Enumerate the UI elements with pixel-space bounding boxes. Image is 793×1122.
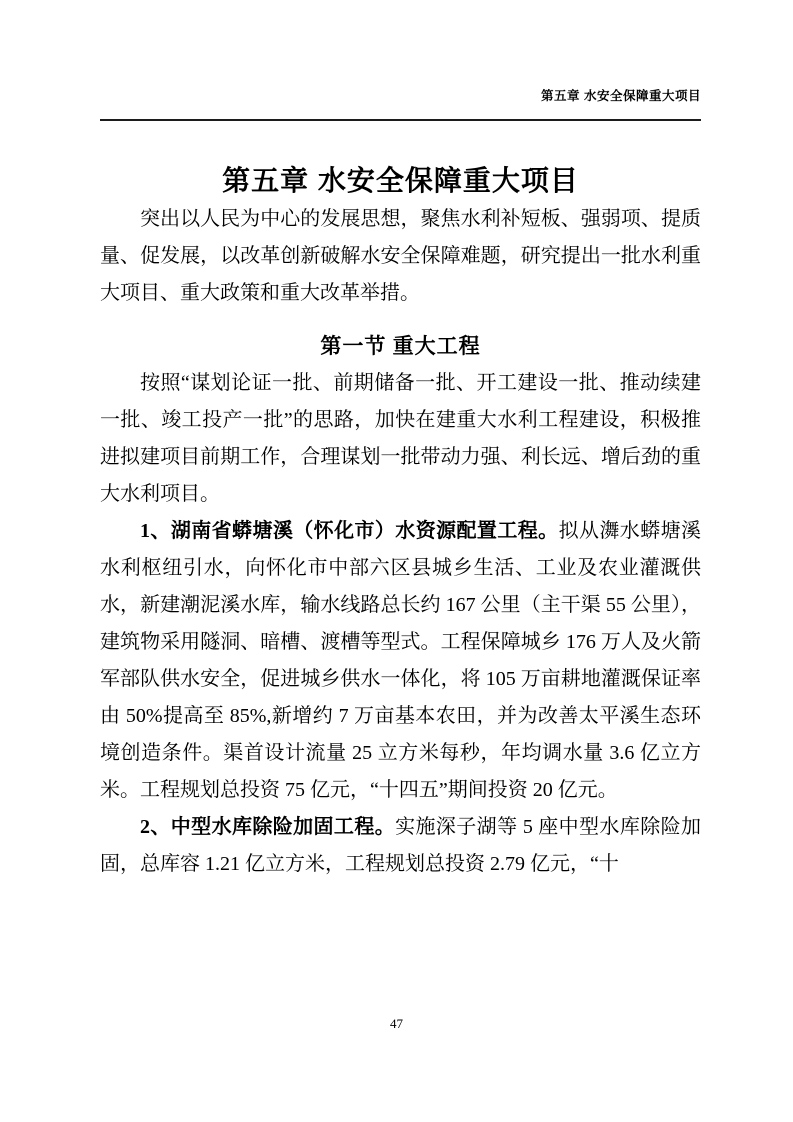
page-number: 47	[0, 1016, 793, 1032]
page-content: 第五章 水安全保障重大项目 突出以人民为中心的发展思想，聚焦水利补短板、强弱项、…	[100, 121, 701, 883]
chapter-title: 第五章 水安全保障重大项目	[100, 161, 701, 201]
document-page: 第五章 水安全保障重大项目 第五章 水安全保障重大项目 突出以人民为中心的发展思…	[0, 0, 793, 1122]
project-item-2-title: 2、中型水库除险加固工程。	[140, 816, 395, 838]
project-item-1-title: 1、湖南省蟒塘溪（怀化市）水资源配置工程。	[140, 520, 559, 542]
running-header: 第五章 水安全保障重大项目	[100, 86, 701, 104]
project-item-2: 2、中型水库除险加固工程。实施深子湖等 5 座中型水库除险加固，总库容 1.21…	[100, 809, 701, 883]
strategy-paragraph: 按照“谋划论证一批、前期储备一批、开工建设一批、推动续建一批、竣工投产一批”的思…	[100, 365, 701, 513]
project-item-1: 1、湖南省蟒塘溪（怀化市）水资源配置工程。拟从㵲水蟒塘溪水利枢纽引水，向怀化市中…	[100, 513, 701, 809]
intro-paragraph: 突出以人民为中心的发展思想，聚焦水利补短板、强弱项、提质量、促发展，以改革创新破…	[100, 201, 701, 312]
section-heading: 第一节 重大工程	[100, 327, 701, 365]
project-item-1-body: 拟从㵲水蟒塘溪水利枢纽引水，向怀化市中部六区县城乡生活、工业及农业灌溉供水，新建…	[100, 520, 701, 801]
